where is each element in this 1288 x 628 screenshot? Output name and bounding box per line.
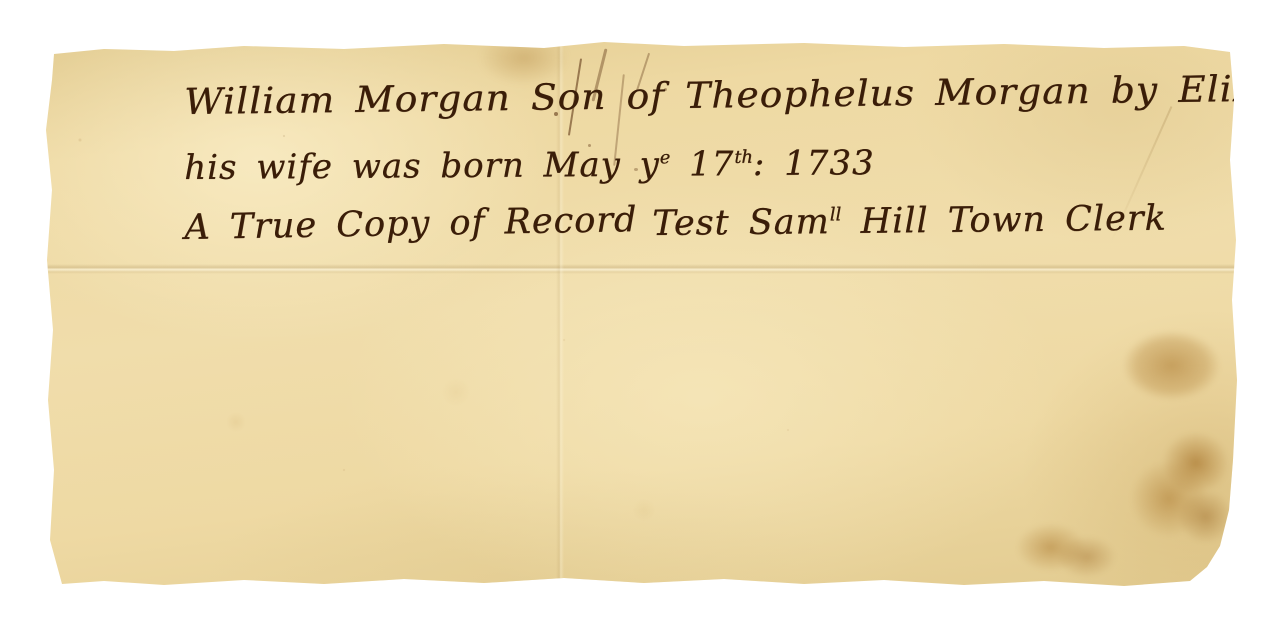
vertical-fold-crease <box>556 40 564 588</box>
photographed-document-scene: William Morgan Son of Theophelus Morgan … <box>0 0 1288 628</box>
right-edge-stain-lower <box>1120 422 1242 550</box>
bottom-right-stain <box>1006 510 1124 588</box>
birthdate-text: his wife was born May y <box>184 145 660 188</box>
clerk-signature-title: Hill Town Clerk <box>841 199 1167 242</box>
aged-paper-sheet: William Morgan Son of Theophelus Morgan … <box>44 40 1240 588</box>
horizontal-fold-crease <box>44 264 1240 274</box>
samuel-abbreviation-superscript: ll <box>830 204 842 225</box>
birthdate-day: 17 <box>670 144 734 184</box>
record-line-birthdate: his wife was born May ye 17th: 1733 <box>184 143 875 188</box>
clerk-signature-test: Test Sam <box>652 202 830 244</box>
true-copy-attestation: A True Copy of Record <box>184 200 638 248</box>
clerk-signature: Test Samll Hill Town Clerk <box>652 199 1167 244</box>
ye-superscript: e <box>660 148 671 168</box>
record-line-names: William Morgan Son of Theophelus Morgan … <box>184 68 1288 123</box>
birthdate-year: : 1733 <box>753 143 875 184</box>
th-superscript: th <box>734 148 753 168</box>
right-edge-stain-upper <box>1096 325 1222 415</box>
